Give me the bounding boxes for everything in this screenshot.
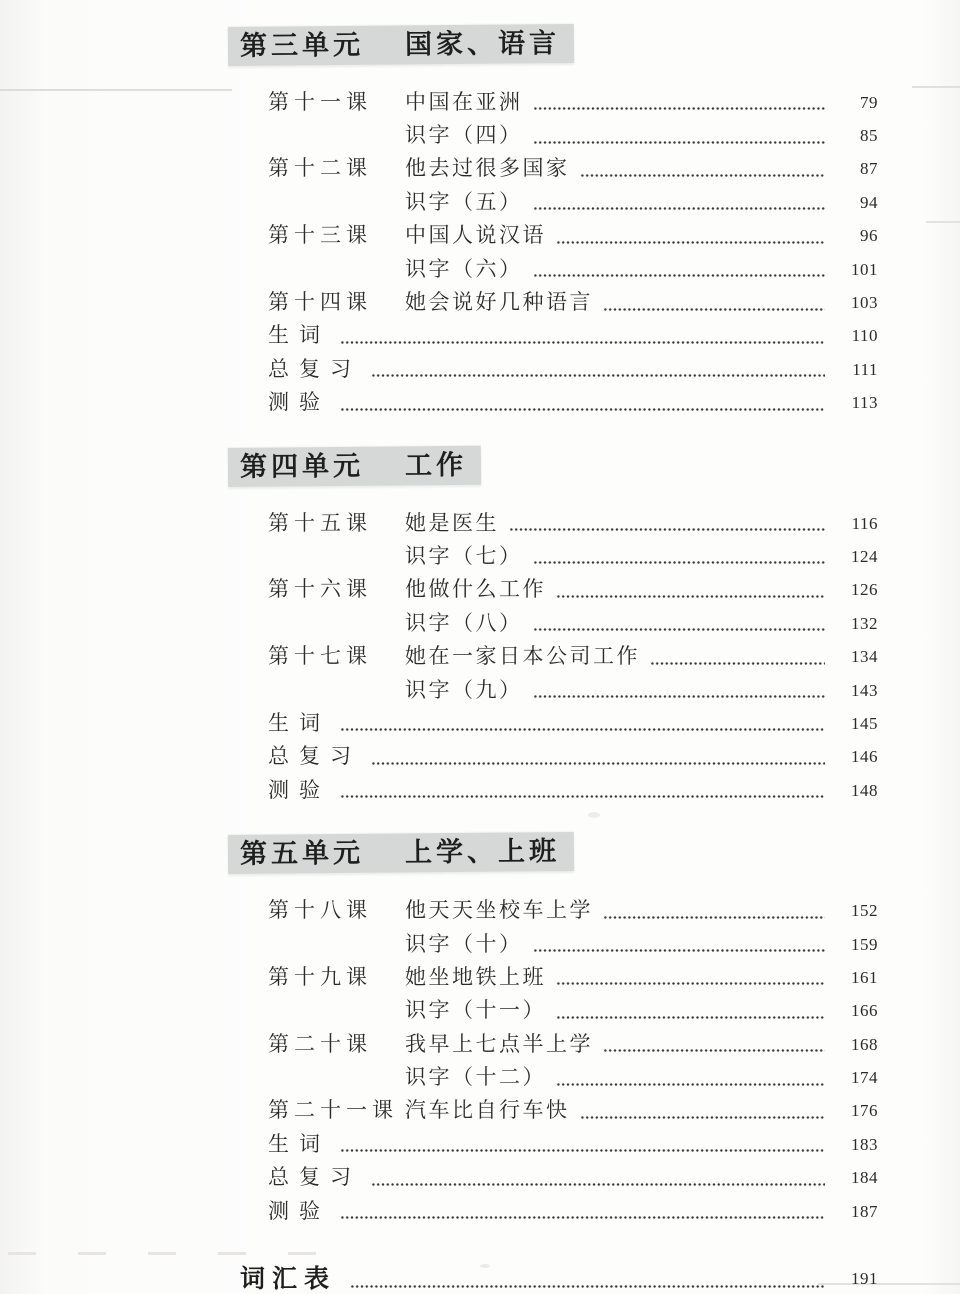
- unit-header: 第三单元 国家、语言: [228, 24, 574, 66]
- section-title: 生词: [268, 319, 330, 349]
- lesson-title: 他做什么工作: [405, 573, 546, 603]
- page-number: 143: [832, 681, 878, 701]
- unit-section-5: 第五单元 上学、上班 第十八课 他天天坐校车上学 152 识字（十） 159 第…: [228, 835, 878, 1226]
- dotted-leader: [340, 728, 825, 731]
- unit-number: 第三单元: [240, 30, 405, 59]
- section-title: 生词: [268, 1128, 330, 1158]
- unit-number: 第五单元: [240, 839, 405, 868]
- dotted-leader: [371, 1183, 825, 1186]
- dotted-leader: [533, 949, 826, 952]
- dotted-leader: [371, 762, 825, 765]
- toc-entry: 识字（七） 124: [228, 538, 878, 571]
- toc-entry: 识字（十二） 174: [228, 1059, 878, 1092]
- toc-entry: 总复习 184: [228, 1160, 878, 1193]
- page-number: 183: [832, 1135, 878, 1155]
- lesson-number: 第十八课: [268, 894, 405, 924]
- unit-topic: 上学、上班: [405, 838, 560, 867]
- toc-entry: 生词 183: [228, 1126, 878, 1159]
- lesson-title: 识字（四）: [405, 119, 523, 149]
- toc-entry: 第十六课 他做什么工作 126: [228, 572, 878, 605]
- page-number: 96: [832, 226, 878, 246]
- toc-entry: 识字（六） 101: [228, 251, 878, 284]
- unit-header-wrap: 第四单元 工作: [228, 448, 878, 487]
- toc-entry: 第二十课 我早上七点半上学 168: [228, 1026, 878, 1059]
- toc-entry: 第十五课 她是医生 116: [228, 505, 878, 538]
- unit-topic: 国家、语言: [405, 29, 560, 58]
- dotted-leader: [371, 374, 825, 377]
- page-number: 191: [832, 1269, 878, 1289]
- lesson-number: 第十一课: [268, 86, 405, 116]
- page-number: 168: [832, 1035, 878, 1055]
- lesson-title: 他天天坐校车上学: [405, 894, 593, 924]
- lesson-title: 识字（十一）: [405, 994, 546, 1024]
- page-number: 103: [832, 293, 878, 313]
- dotted-leader: [340, 795, 825, 798]
- lesson-number: 第十四课: [268, 286, 405, 316]
- dotted-leader: [556, 241, 825, 244]
- toc-entry: 测验 148: [228, 772, 878, 805]
- lesson-title: 识字（六）: [405, 253, 523, 283]
- dotted-leader: [580, 1116, 826, 1119]
- page-number: 159: [832, 935, 878, 955]
- toc-entry: 生词 110: [228, 318, 878, 351]
- dotted-leader: [650, 662, 825, 665]
- lesson-title: 中国在亚洲: [405, 86, 523, 116]
- section-title: 测验: [268, 774, 330, 804]
- unit-number: 第四单元: [240, 451, 405, 480]
- scan-artifact-line: [926, 221, 960, 223]
- lesson-number: 第十二课: [268, 152, 405, 182]
- lesson-number: 第十三课: [268, 219, 405, 249]
- scan-artifact-line: [0, 89, 232, 91]
- toc-entry: 第十八课 他天天坐校车上学 152: [228, 892, 878, 925]
- section-title: 测验: [268, 1195, 330, 1225]
- unit-header: 第四单元 工作: [228, 446, 481, 487]
- page-number: 161: [832, 968, 878, 988]
- section-title: 测验: [268, 386, 330, 416]
- dotted-leader: [580, 174, 826, 177]
- lesson-title: 识字（七）: [405, 540, 523, 570]
- lesson-title: 识字（九）: [405, 674, 523, 704]
- dotted-leader: [340, 408, 825, 411]
- dotted-leader: [556, 1016, 825, 1019]
- page-number: 148: [832, 781, 878, 801]
- toc-page: 第三单元 国家、语言 第十一课 中国在亚洲 79 识字（四） 85 第十二课 他…: [0, 0, 960, 1294]
- lesson-title: 识字（十二）: [405, 1061, 546, 1091]
- lesson-title: 她是医生: [405, 507, 499, 537]
- lesson-number: 第二十一课: [268, 1094, 405, 1124]
- toc-entry: 第十三课 中国人说汉语 96: [228, 218, 878, 251]
- unit-header: 第五单元 上学、上班: [228, 832, 574, 874]
- toc-entry: 识字（四） 85: [228, 117, 878, 150]
- page-number: 126: [832, 580, 878, 600]
- dotted-leader: [533, 695, 826, 698]
- lesson-title: 汽车比自行车快: [405, 1094, 570, 1124]
- page-number: 101: [832, 260, 878, 280]
- scan-artifact-line: [912, 86, 960, 88]
- toc-entry: 第十二课 他去过很多国家 87: [228, 151, 878, 184]
- page-number: 79: [832, 93, 878, 113]
- dotted-leader: [603, 1049, 825, 1052]
- page-number: 145: [832, 714, 878, 734]
- lesson-number: 第十九课: [268, 961, 405, 991]
- lesson-number: 第十五课: [268, 507, 405, 537]
- page-number: 85: [832, 126, 878, 146]
- section-title: 总复习: [268, 353, 361, 383]
- lesson-title: 我早上七点半上学: [405, 1028, 593, 1058]
- toc-entry: 识字（八） 132: [228, 605, 878, 638]
- dotted-leader: [350, 1285, 825, 1288]
- lesson-title: 他去过很多国家: [405, 152, 570, 182]
- unit-header-wrap: 第三单元 国家、语言: [228, 27, 878, 66]
- page-number: 87: [832, 159, 878, 179]
- lesson-number: 第十七课: [268, 640, 405, 670]
- toc-entry: 识字（九） 143: [228, 672, 878, 705]
- page-number: 111: [832, 360, 878, 380]
- dotted-leader: [533, 107, 826, 110]
- toc-entry: 第十一课 中国在亚洲 79: [228, 84, 878, 117]
- lesson-number: 第十六课: [268, 573, 405, 603]
- toc-entry: 识字（十一） 166: [228, 993, 878, 1026]
- toc-entry-vocab: 词汇表 191: [228, 1256, 878, 1294]
- section-title: 总复习: [268, 740, 361, 770]
- dotted-leader: [533, 628, 826, 631]
- vocab-title: 词汇表: [240, 1259, 336, 1294]
- lesson-title: 她会说好几种语言: [405, 286, 593, 316]
- section-title: 总复习: [268, 1161, 361, 1191]
- lesson-title: 她在一家日本公司工作: [405, 640, 640, 670]
- unit-section-3: 第三单元 国家、语言 第十一课 中国在亚洲 79 识字（四） 85 第十二课 他…: [228, 27, 878, 418]
- toc-entry: 第二十一课 汽车比自行车快 176: [228, 1093, 878, 1126]
- dotted-leader: [340, 1149, 825, 1152]
- dotted-leader: [556, 1083, 825, 1086]
- dotted-leader: [533, 207, 826, 210]
- lesson-title: 她坐地铁上班: [405, 961, 546, 991]
- dotted-leader: [556, 982, 825, 985]
- dotted-leader: [603, 308, 825, 311]
- page-number: 124: [832, 547, 878, 567]
- page-number: 187: [832, 1202, 878, 1222]
- toc-entry: 总复习 146: [228, 739, 878, 772]
- lesson-title: 识字（五）: [405, 186, 523, 216]
- dotted-leader: [533, 141, 826, 144]
- toc-entry: 识字（十） 159: [228, 926, 878, 959]
- toc-entry: 识字（五） 94: [228, 184, 878, 217]
- lesson-title: 识字（八）: [405, 607, 523, 637]
- dotted-leader: [340, 1216, 825, 1219]
- dotted-leader: [556, 595, 825, 598]
- lesson-title: 中国人说汉语: [405, 219, 546, 249]
- unit-header-wrap: 第五单元 上学、上班: [228, 835, 878, 874]
- page-number: 134: [832, 647, 878, 667]
- lesson-number: 第二十课: [268, 1028, 405, 1058]
- page-number: 152: [832, 901, 878, 921]
- page-number: 113: [832, 393, 878, 413]
- page-number: 176: [832, 1101, 878, 1121]
- dotted-leader: [603, 916, 825, 919]
- page-number: 174: [832, 1068, 878, 1088]
- unit-topic: 工作: [405, 451, 467, 480]
- page-number: 94: [832, 193, 878, 213]
- page-number: 184: [832, 1168, 878, 1188]
- unit-section-4: 第四单元 工作 第十五课 她是医生 116 识字（七） 124 第十六课 他做什…: [228, 448, 878, 806]
- section-title: 生词: [268, 707, 330, 737]
- toc-entry: 第十九课 她坐地铁上班 161: [228, 959, 878, 992]
- lesson-title: 识字（十）: [405, 928, 523, 958]
- page-number: 116: [832, 514, 878, 534]
- page-number: 110: [832, 326, 878, 346]
- page-number: 132: [832, 614, 878, 634]
- toc-entry: 生词 145: [228, 705, 878, 738]
- toc-entry: 第十四课 她会说好几种语言 103: [228, 284, 878, 317]
- toc-entry: 测验 113: [228, 385, 878, 418]
- dotted-leader: [533, 561, 826, 564]
- page-number: 166: [832, 1001, 878, 1021]
- dotted-leader: [509, 528, 825, 531]
- toc-entry: 总复习 111: [228, 351, 878, 384]
- dotted-leader: [340, 341, 825, 344]
- page-number: 146: [832, 747, 878, 767]
- toc-entry: 测验 187: [228, 1193, 878, 1226]
- toc-content: 第三单元 国家、语言 第十一课 中国在亚洲 79 识字（四） 85 第十二课 他…: [228, 0, 878, 1294]
- dotted-leader: [533, 274, 826, 277]
- toc-entry: 第十七课 她在一家日本公司工作 134: [228, 638, 878, 671]
